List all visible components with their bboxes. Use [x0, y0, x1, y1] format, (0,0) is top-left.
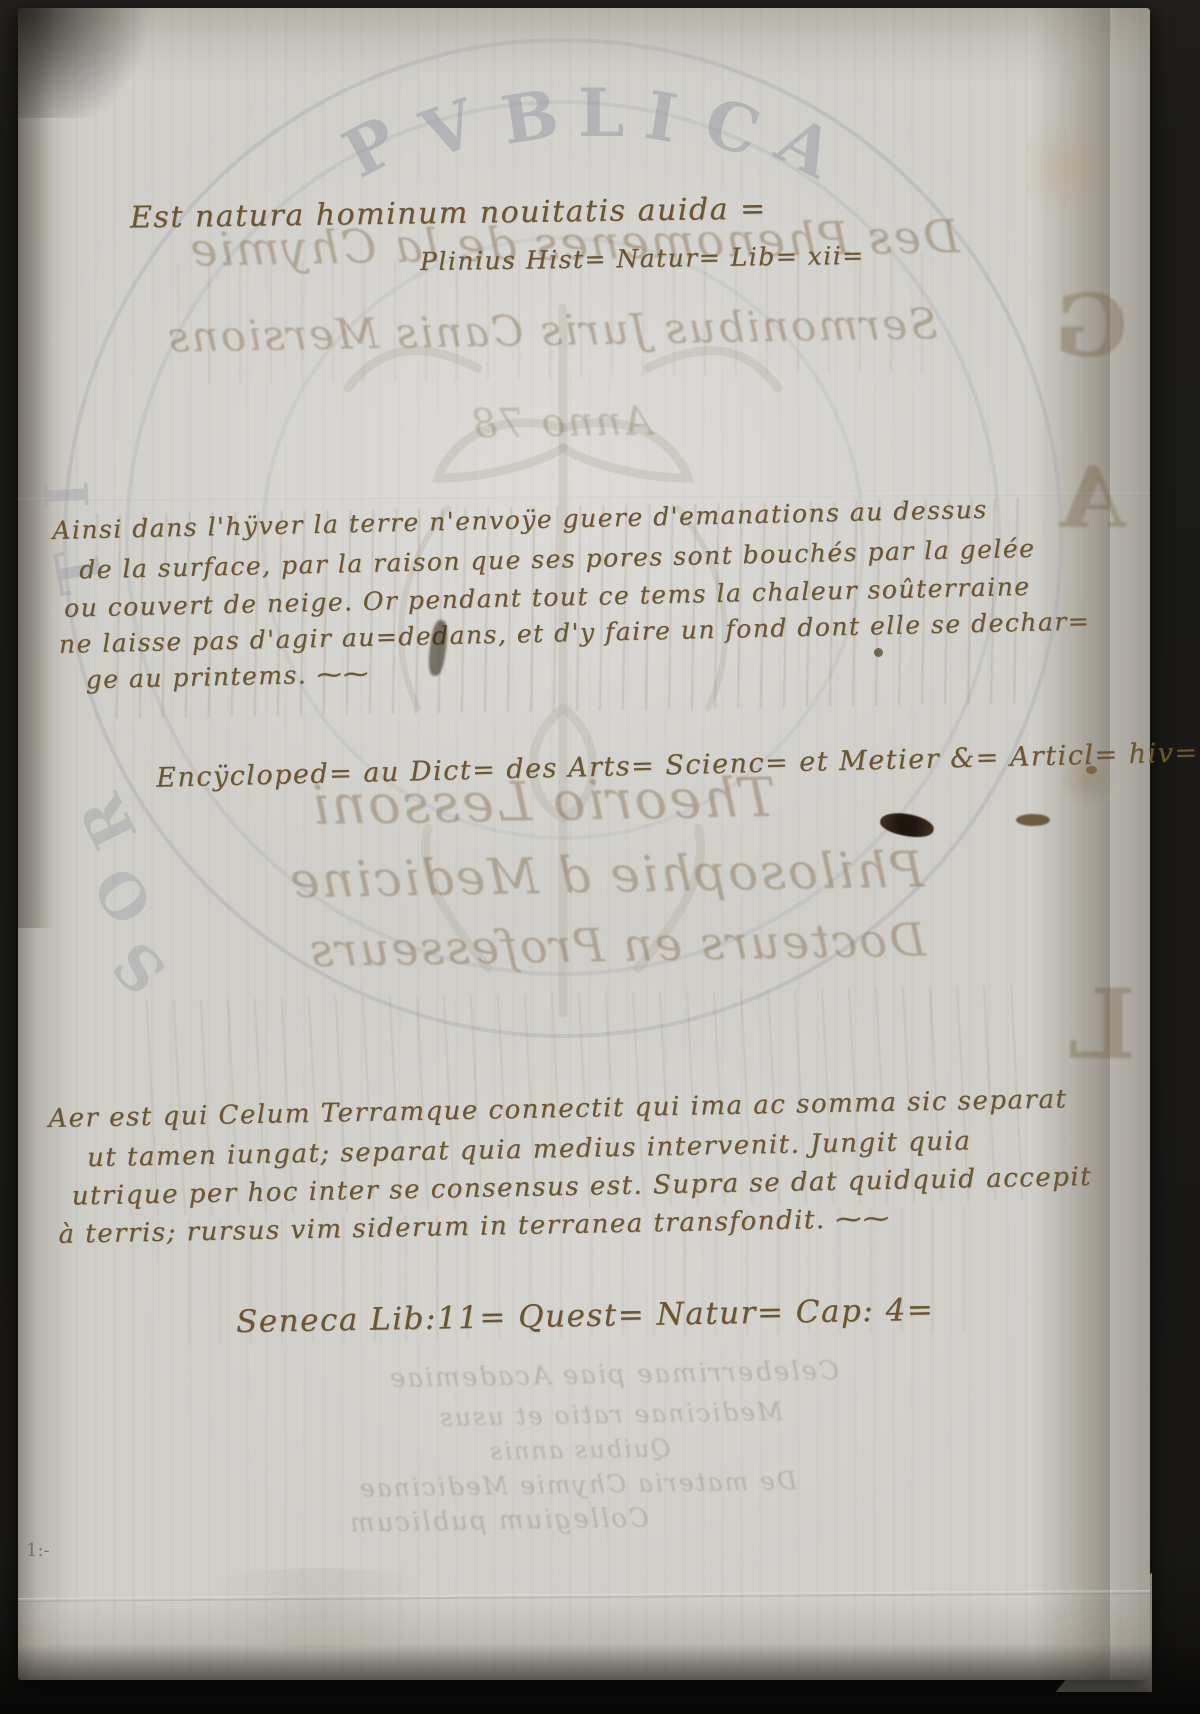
page-bend	[1030, 8, 1110, 1680]
bleedthrough-text: Philosophie d Medicine	[288, 840, 925, 909]
bleedthrough-capital: G	[1054, 276, 1127, 377]
bleedthrough-text: Celeberrimae piae Academiae	[388, 1356, 839, 1394]
photo-background: P V B L I C A I T R O S Des Phenomenes d…	[0, 0, 1200, 1714]
bleedthrough-text: Sermonibus Juris Canis Mersions	[166, 299, 939, 361]
paragraph-line: ge au printems. ⁓⁓	[85, 659, 370, 694]
bleedthrough-text: Collegium publicum	[348, 1503, 649, 1538]
stamp-letter: O	[80, 854, 167, 937]
bleedthrough-text: Quibus annis	[488, 1434, 671, 1465]
ink-blot	[878, 809, 935, 842]
stamp-letter: V	[412, 84, 486, 174]
bleedthrough-capital: L	[1068, 968, 1136, 1081]
stamp-letter: B	[496, 74, 563, 160]
seneca-citation: Seneca Lib:11= Quest= Natur= Cap: 4=	[236, 1292, 935, 1340]
stamp-letter: P	[331, 101, 411, 193]
stamp-letter: L	[578, 74, 624, 152]
bleedthrough-text: Medicinae ratio et usus	[438, 1397, 783, 1432]
ink-speck	[874, 648, 883, 657]
paragraph-line: à terris; rursus vim siderum in terranea…	[58, 1204, 890, 1250]
margin-mark: 1:-	[26, 1540, 50, 1561]
bleedthrough-text: De materia Chymie Medicinae	[358, 1466, 797, 1503]
pliny-citation: Plinius Hist= Natur= Lib= xii=	[420, 241, 865, 276]
stamp-letter: I	[640, 76, 683, 158]
stamp-letter: R	[67, 783, 152, 859]
fold-crease-lower	[18, 1590, 1150, 1602]
manuscript-page: P V B L I C A I T R O S Des Phenomenes d…	[18, 8, 1150, 1680]
stamp-letter: S	[99, 927, 179, 1007]
left-paper-edge-lower	[18, 928, 38, 1680]
left-paper-edge	[18, 8, 54, 928]
bottom-vignette	[0, 1644, 1200, 1714]
bleedthrough-capital: A	[1060, 448, 1125, 547]
stamp-letter: A	[765, 101, 847, 194]
bleedthrough-text: Docteurs en Professeurs	[308, 913, 927, 978]
bleedthrough-text: Anno 78	[470, 398, 653, 447]
stamp-letter: C	[695, 82, 769, 172]
paper-stain	[168, 1568, 468, 1648]
